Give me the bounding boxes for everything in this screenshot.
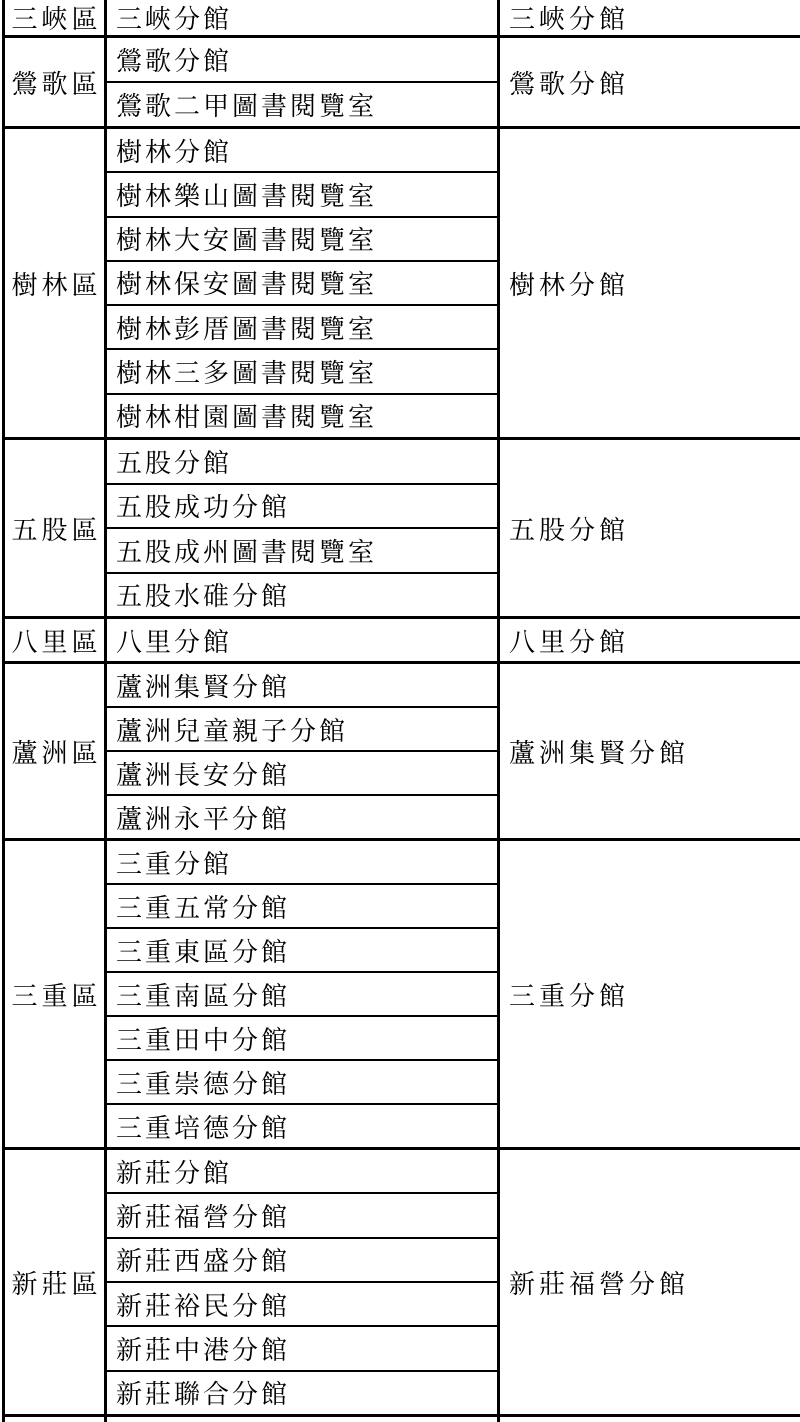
- district-label: 新莊區: [7, 1264, 101, 1301]
- district-label: 蘆洲區: [7, 733, 101, 770]
- branch-label: 新莊裕民分館: [116, 1286, 290, 1323]
- branch-row: 鶯歌二甲圖書閱覽室: [107, 81, 497, 126]
- main-branch-label: 新莊福營分館: [509, 1264, 689, 1301]
- district-label: 五股區: [7, 510, 101, 547]
- branch-label: 樹林柑園圖書閱覽室: [116, 397, 377, 434]
- branch-label: 三重崇德分館: [116, 1064, 290, 1101]
- branch-row: 樹林柑園圖書閱覽室: [107, 393, 497, 437]
- branch-label: 三峽分館: [116, 0, 232, 35]
- branch-label: 蘆洲長安分館: [116, 755, 290, 792]
- branch-row: 新莊聯合分館: [107, 1370, 497, 1414]
- branch-row: 三重崇德分館: [107, 1059, 497, 1103]
- district-cell: 三重區: [5, 841, 107, 1147]
- district-section: 鶯歌區鶯歌分館鶯歌二甲圖書閱覽室鶯歌分館: [5, 35, 800, 126]
- branch-list: 五股分館五股成功分館五股成州圖書閱覽室五股水碓分館: [107, 440, 500, 616]
- branch-label: 五股成州圖書閱覽室: [116, 532, 377, 569]
- branch-list: 蘆洲集賢分館蘆洲兒童親子分館蘆洲長安分館蘆洲永平分館: [107, 664, 500, 838]
- branch-row: 蘆洲兒童親子分館: [107, 706, 497, 750]
- main-branch-label: 三峽分館: [509, 0, 629, 35]
- branch-label: 新莊西盛分館: [116, 1241, 290, 1278]
- branch-label: 五股水碓分館: [116, 576, 290, 613]
- branch-row: 三重培德分館: [107, 1103, 497, 1147]
- branch-label: 三重田中分館: [116, 1020, 290, 1057]
- district-section-cropped: [5, 1414, 800, 1422]
- branch-row: 三重東區分館: [107, 927, 497, 971]
- branch-row: 鶯歌分館: [107, 38, 497, 81]
- district-cell: [5, 1417, 107, 1422]
- branch-label: 五股成功分館: [116, 487, 290, 524]
- district-cell: 鶯歌區: [5, 38, 107, 126]
- branch-list: 樹林分館樹林樂山圖書閱覽室樹林大安圖書閱覽室樹林保安圖書閱覽室樹林彭厝圖書閱覽室…: [107, 129, 500, 437]
- branch-row: 五股分館: [107, 440, 497, 483]
- branch-row: 樹林彭厝圖書閱覽室: [107, 304, 497, 348]
- main-branch-cell: 三峽分館: [500, 0, 800, 35]
- branch-label: 樹林分館: [116, 132, 232, 169]
- branch-label: 蘆洲集賢分館: [116, 667, 290, 704]
- main-branch-cell: 八里分館: [500, 619, 800, 661]
- branch-list: 八里分館: [107, 619, 500, 661]
- branch-label: 樹林彭厝圖書閱覽室: [116, 309, 377, 346]
- branch-row: 樹林大安圖書閱覽室: [107, 216, 497, 260]
- branch-row: 新莊西盛分館: [107, 1237, 497, 1281]
- branch-label: 樹林保安圖書閱覽室: [116, 264, 377, 301]
- library-branch-table: 三峽區三峽分館三峽分館鶯歌區鶯歌分館鶯歌二甲圖書閱覽室鶯歌分館樹林區樹林分館樹林…: [2, 0, 800, 1422]
- branch-label: 鶯歌二甲圖書閱覽室: [116, 86, 377, 123]
- district-section: 新莊區新莊分館新莊福營分館新莊西盛分館新莊裕民分館新莊中港分館新莊聯合分館新莊福…: [5, 1147, 800, 1414]
- branch-label: 鶯歌分館: [116, 41, 232, 78]
- district-section: 三重區三重分館三重五常分館三重東區分館三重南區分館三重田中分館三重崇德分館三重培…: [5, 838, 800, 1147]
- main-branch-label: 樹林分館: [509, 265, 629, 302]
- branch-row: 三重分館: [107, 841, 497, 883]
- branch-row: 新莊中港分館: [107, 1325, 497, 1369]
- main-branch-label: 蘆洲集賢分館: [509, 733, 689, 770]
- branch-row: 樹林保安圖書閱覽室: [107, 260, 497, 304]
- branch-row: 三重田中分館: [107, 1015, 497, 1059]
- branch-row: 樹林三多圖書閱覽室: [107, 348, 497, 392]
- branch-label: 新莊福營分館: [116, 1197, 290, 1234]
- branch-row: 新莊分館: [107, 1150, 497, 1192]
- branch-label: 樹林三多圖書閱覽室: [116, 353, 377, 390]
- main-branch-cell: 三重分館: [500, 841, 800, 1147]
- main-branch-label: 五股分館: [509, 510, 629, 547]
- branch-row: 樹林樂山圖書閱覽室: [107, 171, 497, 215]
- district-cell: 三峽區: [5, 0, 107, 35]
- district-cell: 蘆洲區: [5, 664, 107, 838]
- district-label: 鶯歌區: [7, 64, 101, 101]
- branch-row: 蘆洲長安分館: [107, 750, 497, 794]
- branch-row: 五股成州圖書閱覽室: [107, 527, 497, 572]
- main-branch-cell: 五股分館: [500, 440, 800, 616]
- branch-label: 三重南區分館: [116, 976, 290, 1013]
- district-section: 樹林區樹林分館樹林樂山圖書閱覽室樹林大安圖書閱覽室樹林保安圖書閱覽室樹林彭厝圖書…: [5, 126, 800, 437]
- branch-list: 新莊分館新莊福營分館新莊西盛分館新莊裕民分館新莊中港分館新莊聯合分館: [107, 1150, 500, 1414]
- district-label: 三重區: [7, 976, 101, 1013]
- branch-row: 三重南區分館: [107, 971, 497, 1015]
- branch-label: 樹林樂山圖書閱覽室: [116, 176, 377, 213]
- main-branch-label: 鶯歌分館: [509, 64, 629, 101]
- branch-row: 蘆洲集賢分館: [107, 664, 497, 706]
- branch-row: 三重五常分館: [107, 883, 497, 927]
- main-branch-cell: 新莊福營分館: [500, 1150, 800, 1414]
- branch-label: 三重分館: [116, 844, 232, 881]
- district-cell: 新莊區: [5, 1150, 107, 1414]
- branch-list: 三峽分館: [107, 0, 500, 35]
- district-cell: 五股區: [5, 440, 107, 616]
- branch-label: 八里分館: [116, 622, 232, 659]
- branch-row: 新莊福營分館: [107, 1192, 497, 1236]
- branch-row: 五股水碓分館: [107, 572, 497, 617]
- main-branch-cell: 鶯歌分館: [500, 38, 800, 126]
- district-section: 蘆洲區蘆洲集賢分館蘆洲兒童親子分館蘆洲長安分館蘆洲永平分館蘆洲集賢分館: [5, 661, 800, 838]
- branch-label: 三重培德分館: [116, 1108, 290, 1145]
- branch-label: 三重東區分館: [116, 932, 290, 969]
- district-section: 三峽區三峽分館三峽分館: [5, 0, 800, 35]
- branch-row: 蘆洲永平分館: [107, 794, 497, 838]
- branch-label: 蘆洲兒童親子分館: [116, 711, 348, 748]
- main-branch-cell: [500, 1417, 800, 1422]
- branch-list: 三重分館三重五常分館三重東區分館三重南區分館三重田中分館三重崇德分館三重培德分館: [107, 841, 500, 1147]
- branch-label: 新莊分館: [116, 1153, 232, 1190]
- district-section: 五股區五股分館五股成功分館五股成州圖書閱覽室五股水碓分館五股分館: [5, 437, 800, 616]
- main-branch-cell: 樹林分館: [500, 129, 800, 437]
- main-branch-label: 三重分館: [509, 976, 629, 1013]
- district-section: 八里區八里分館八里分館: [5, 616, 800, 661]
- branch-row: 樹林分館: [107, 129, 497, 171]
- branch-label: 新莊聯合分館: [116, 1374, 290, 1411]
- main-branch-cell: 蘆洲集賢分館: [500, 664, 800, 838]
- district-label: 三峽區: [7, 0, 101, 35]
- branch-list: [107, 1417, 500, 1422]
- district-label: 八里區: [7, 622, 101, 659]
- branch-label: 蘆洲永平分館: [116, 799, 290, 836]
- branch-label: 樹林大安圖書閱覽室: [116, 220, 377, 257]
- branch-row: 八里分館: [107, 619, 497, 661]
- branch-label: 新莊中港分館: [116, 1330, 290, 1367]
- branch-list: 鶯歌分館鶯歌二甲圖書閱覽室: [107, 38, 500, 126]
- main-branch-label: 八里分館: [509, 622, 629, 659]
- district-label: 樹林區: [7, 265, 101, 302]
- district-cell: 八里區: [5, 619, 107, 661]
- branch-label: 五股分館: [116, 443, 232, 480]
- branch-label: 三重五常分館: [116, 888, 290, 925]
- branch-row: 新莊裕民分館: [107, 1281, 497, 1325]
- district-cell: 樹林區: [5, 129, 107, 437]
- branch-row: 五股成功分館: [107, 483, 497, 528]
- branch-row: 三峽分館: [107, 0, 497, 35]
